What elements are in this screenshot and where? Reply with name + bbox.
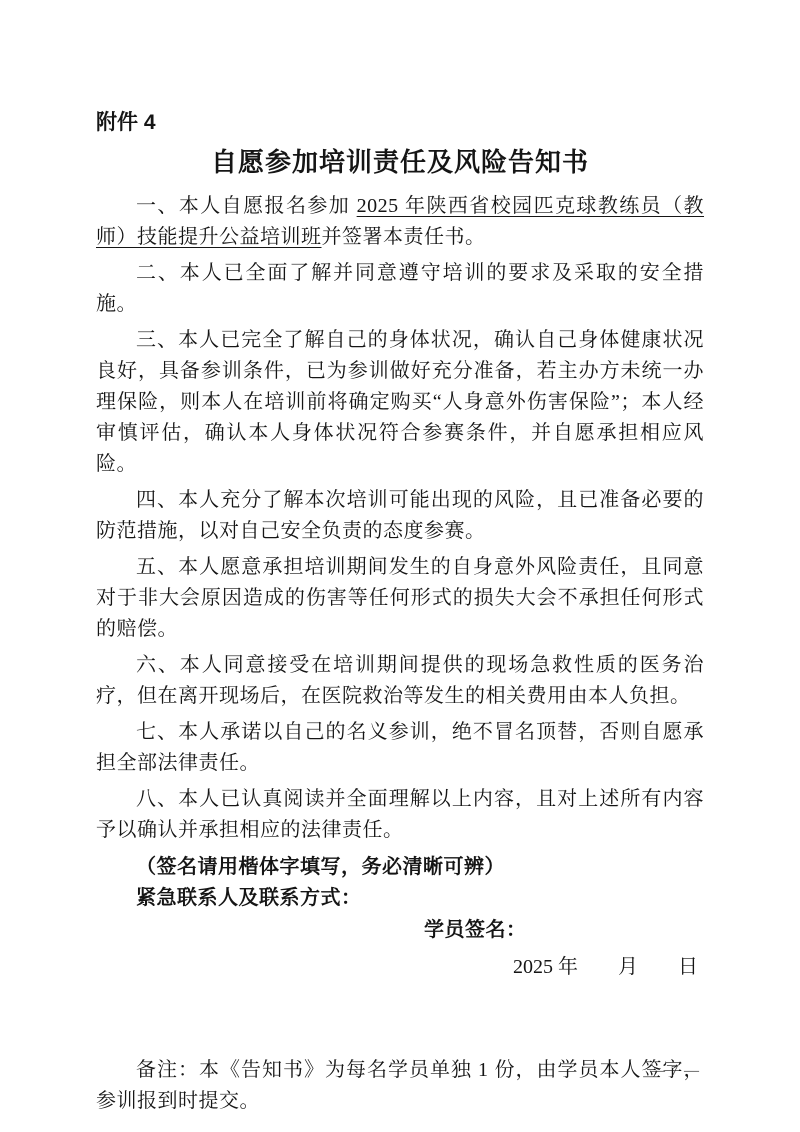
paragraph-2: 二、本人已全面了解并同意遵守培训的要求及采取的安全措施。 [96,258,704,320]
document-content: 附件 4 自愿参加培训责任及风险告知书 一、本人自愿报名参加 2025 年陕西省… [96,110,704,1117]
document-page: 附件 4 自愿参加培训责任及风险告知书 一、本人自愿报名参加 2025 年陕西省… [0,0,800,1132]
page-title: 自愿参加培训责任及风险告知书 [96,146,704,180]
paragraph-7: 七、本人承诺以自己的名义参训，绝不冒名顶替，否则自愿承担全部法律责任。 [96,717,704,779]
paragraph-8: 八、本人已认真阅读并全面理解以上内容，且对上述所有内容予以确认并承担相应的法律责… [96,784,704,846]
signee-label: 学员签名： [424,915,704,946]
date-line: 2025 年 月 日 [96,952,704,983]
paragraph-1-suffix: 并签署本责任书。 [322,226,486,248]
page-number: — 7 — [650,1063,700,1080]
paragraph-1: 一、本人自愿报名参加 2025 年陕西省校园匹克球教练员（教师）技能提升公益培训… [96,191,704,253]
attachment-label: 附件 4 [96,110,704,136]
signature-instruction-note: （签名请用楷体字填写，务必清晰可辨） [96,852,704,883]
paragraph-4: 四、本人充分了解本次培训可能出现的风险，且已准备必要的防范措施，以对自己安全负责… [96,485,704,547]
paragraph-5: 五、本人愿意承担培训期间发生的自身意外风险责任，且同意对于非大会原因造成的伤害等… [96,552,704,645]
paragraph-3: 三、本人已完全了解自己的身体状况，确认自己身体健康状况良好，具备参训条件，已为参… [96,325,704,480]
emergency-contact-label: 紧急联系人及联系方式： [96,883,704,914]
remark-note: 备注：本《告知书》为每名学员单独 1 份，由学员本人签字，参训报到时提交。 [96,1055,704,1117]
paragraph-6: 六、本人同意接受在培训期间提供的现场急救性质的医务治疗，但在离开现场后，在医院救… [96,650,704,712]
paragraph-1-prefix: 一、本人自愿报名参加 [136,195,357,217]
